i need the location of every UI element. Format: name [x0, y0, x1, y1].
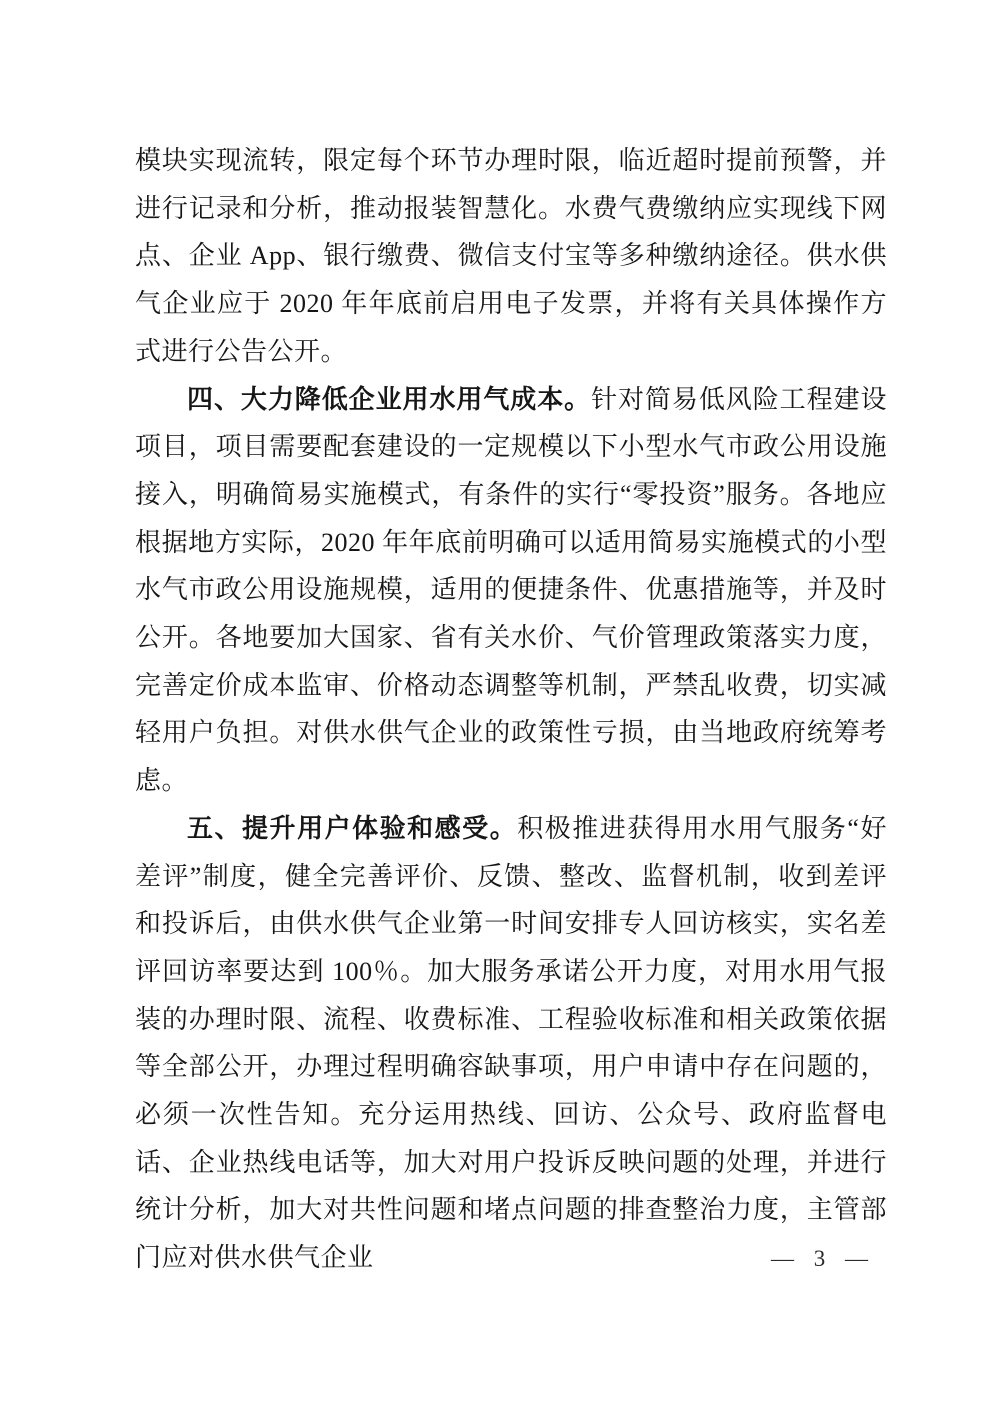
paragraph-section-5: 五、提升用户体验和感受。积极推进获得用水用气服务“好差评”制度，健全完善评价、反… — [135, 805, 887, 1282]
paragraph-text: 积极推进获得用水用气服务“好差评”制度，健全完善评价、反馈、整改、监督机制，收到… — [135, 814, 887, 1272]
paragraph-continuation: 模块实现流转，限定每个环节办理时限，临近超时提前预警，并进行记录和分析，推动报装… — [135, 137, 887, 376]
section-5-heading: 五、提升用户体验和感受。 — [187, 813, 517, 843]
document-page: 模块实现流转，限定每个环节办理时限，临近超时提前预警，并进行记录和分析，推动报装… — [0, 0, 1000, 1413]
page-footer: — 3 — — [771, 1246, 868, 1272]
paragraph-text: 针对简易低风险工程建设项目，项目需要配套建设的一定规模以下小型水气市政公用设施接… — [135, 385, 887, 796]
page-number: — 3 — — [771, 1246, 868, 1271]
document-body: 模块实现流转，限定每个环节办理时限，临近超时提前预警，并进行记录和分析，推动报装… — [135, 137, 887, 1282]
paragraph-section-4: 四、大力降低企业用水用气成本。针对简易低风险工程建设项目，项目需要配套建设的一定… — [135, 376, 887, 805]
paragraph-text: 模块实现流转，限定每个环节办理时限，临近超时提前预警，并进行记录和分析，推动报装… — [135, 146, 887, 366]
section-4-heading: 四、大力降低企业用水用气成本。 — [187, 384, 591, 414]
